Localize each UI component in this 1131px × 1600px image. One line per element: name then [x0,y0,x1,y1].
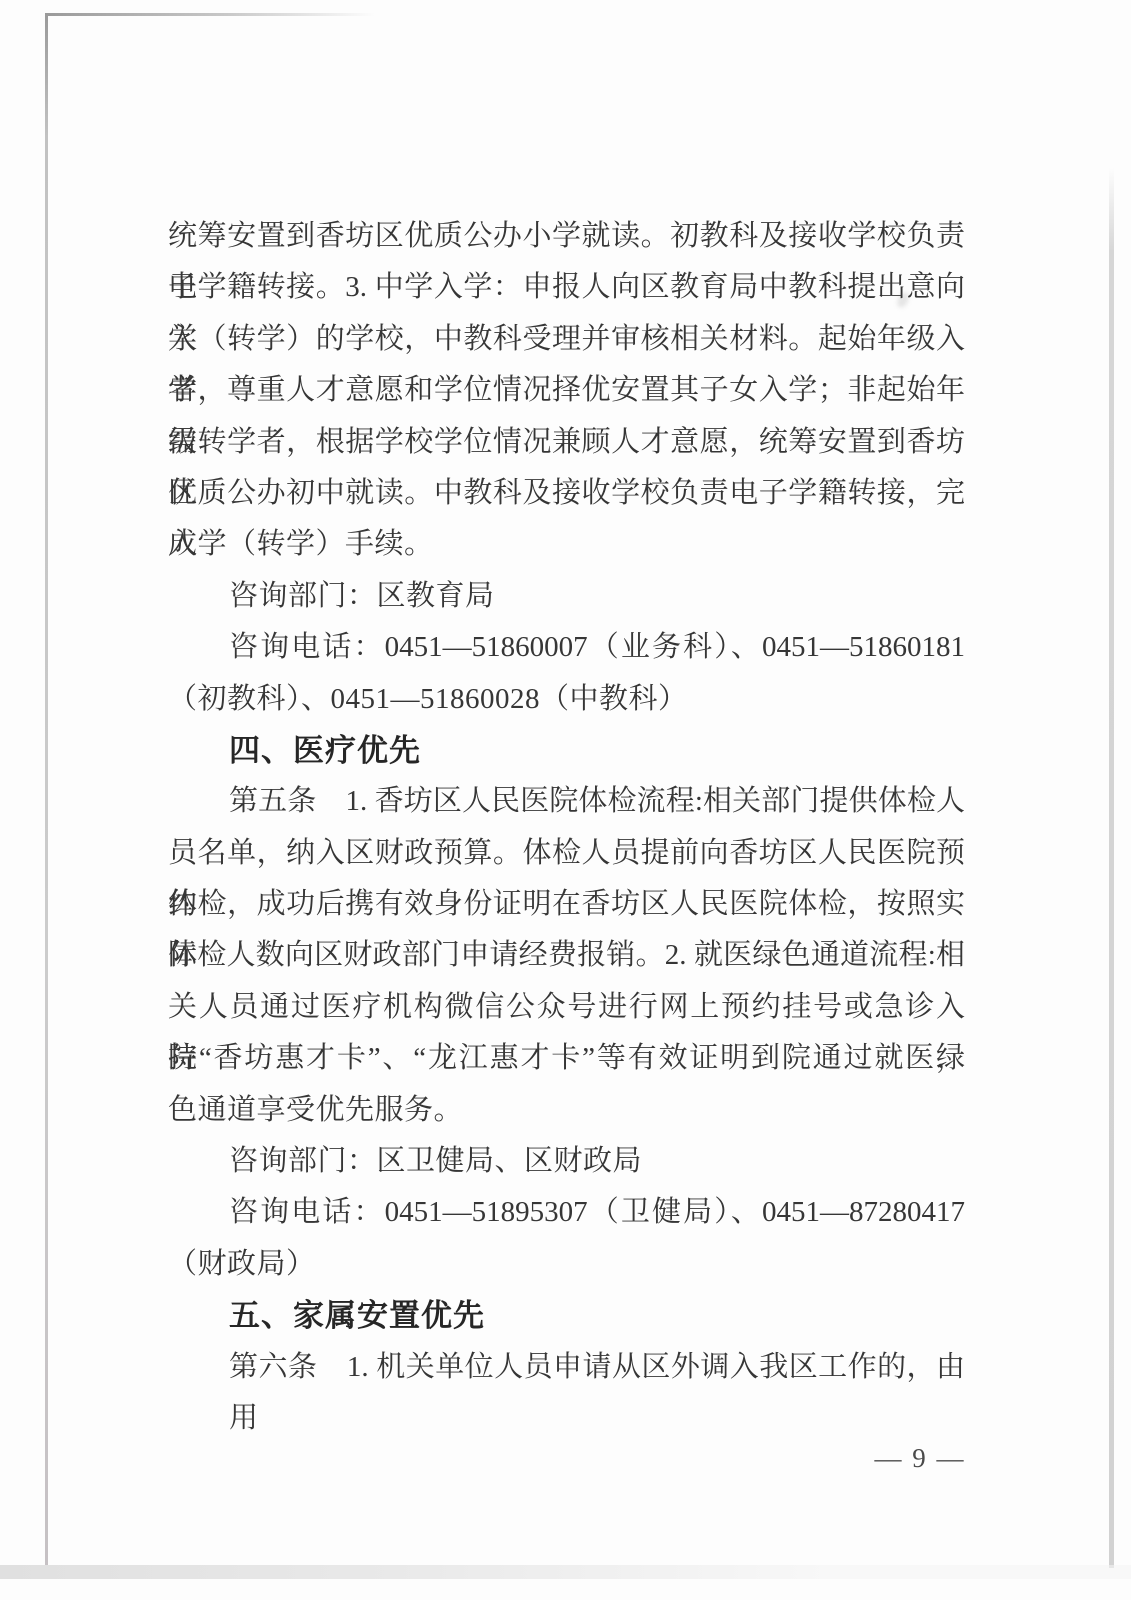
text-line: 咨询电话：0451—51895307（卫健局）、0451—87280417 [168,1187,965,1238]
scan-edge-bottom [0,1565,1131,1579]
text-line: 优质公办初中就读。中教科及接收学校负责电子学籍转接，完成 [168,468,965,519]
text-line: 体检人数向区财政部门申请经费报销。2. 就医绿色通道流程:相 [168,930,965,981]
text-line: 者，尊重人才意愿和学位情况择优安置其子女入学；非起始年级 [168,365,965,416]
text-line: 员名单，纳入区财政预算。体检人员提前向香坊区人民医院预约 [168,828,965,879]
text-line: 第五条 1. 香坊区人民医院体检流程:相关部门提供体检人 [168,776,965,827]
text-line: 第六条 1. 机关单位人员申请从区外调入我区工作的，由用 [168,1342,965,1393]
scanned-document-page: 统筹安置到香坊区优质公办小学就读。初教科及接收学校负责电子学籍转接。3. 中学入… [0,0,1131,1600]
text-line: 色通道享受优先服务。 [168,1085,965,1136]
text-line: 关人员通过医疗机构微信公众号进行网上预约挂号或急诊入院， [168,982,965,1033]
text-line: 咨询部门：区教育局 [168,571,965,622]
section-heading: 五、家属安置优先 [168,1290,965,1341]
text-line: 学（转学）的学校，中教科受理并审核相关材料。起始年级入学 [168,314,965,365]
text-line: 需转学者，根据学校学位情况兼顾人才意愿，统筹安置到香坊区 [168,417,965,468]
text-line: 咨询部门：区卫健局、区财政局 [168,1136,965,1187]
scan-edge-top [45,13,375,16]
text-line: 入学（转学）手续。 [168,519,965,570]
section-heading: 四、医疗优先 [168,725,965,776]
text-line: 咨询电话：0451—51860007（业务科）、0451—51860181 [168,622,965,673]
text-line: 统筹安置到香坊区优质公办小学就读。初教科及接收学校负责电 [168,211,965,262]
document-text: 统筹安置到香坊区优质公办小学就读。初教科及接收学校负责电子学籍转接。3. 中学入… [168,211,965,1393]
text-line: 持“香坊惠才卡”、“龙江惠才卡”等有效证明到院通过就医绿 [168,1033,965,1084]
text-line: 子学籍转接。3. 中学入学：申报人向区教育局中教科提出意向入 [168,262,965,313]
text-line: （初教科）、0451—51860028（中教科） [168,674,965,725]
text-line: 体检，成功后携有效身份证明在香坊区人民医院体检，按照实际 [168,879,965,930]
page-number: — 9 — [855,1438,985,1478]
scan-edge-left [45,13,48,1565]
scan-edge-right [1109,168,1114,1568]
text-line: （财政局） [168,1239,965,1290]
